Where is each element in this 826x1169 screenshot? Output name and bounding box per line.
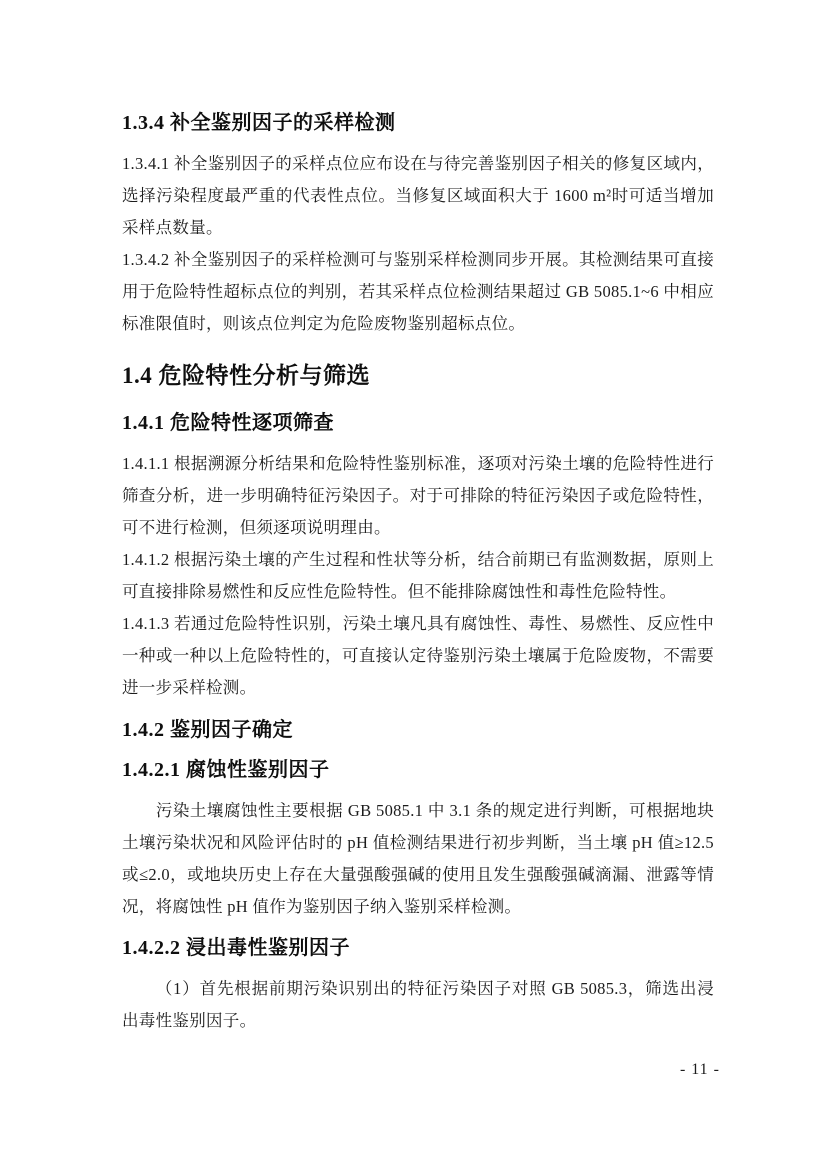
- section-heading-1-4-2-1: 1.4.2.1 腐蚀性鉴别因子: [122, 755, 714, 785]
- section-heading-1-4: 1.4 危险特性分析与筛选: [122, 360, 714, 392]
- section-heading-1-4-1: 1.4.1 危险特性逐项筛查: [122, 408, 714, 438]
- paragraph-1-3-4-2: 1.3.4.2 补全鉴别因子的采样检测可与鉴别采样检测同步开展。其检测结果可直接…: [122, 244, 714, 340]
- paragraph-1-4-1-2: 1.4.1.2 根据污染土壤的产生过程和性状等分析，结合前期已有监测数据，原则上…: [122, 544, 714, 608]
- document-content: 1.3.4 补全鉴别因子的采样检测 1.3.4.1 补全鉴别因子的采样点位应布设…: [122, 0, 714, 1037]
- section-heading-1-4-2-2: 1.4.2.2 浸出毒性鉴别因子: [122, 933, 714, 963]
- paragraph-corrosivity: 污染土壤腐蚀性主要根据 GB 5085.1 中 3.1 条的规定进行判断，可根据…: [122, 795, 714, 923]
- section-heading-1-4-2: 1.4.2 鉴别因子确定: [122, 715, 714, 745]
- section-heading-1-3-4: 1.3.4 补全鉴别因子的采样检测: [122, 108, 714, 138]
- paragraph-leaching-toxicity: （1）首先根据前期污染识别出的特征污染因子对照 GB 5085.3，筛选出浸出毒…: [122, 973, 714, 1037]
- page-number: - 11 -: [680, 1060, 720, 1080]
- paragraph-1-4-1-1: 1.4.1.1 根据溯源分析结果和危险特性鉴别标准，逐项对污染土壤的危险特性进行…: [122, 448, 714, 544]
- paragraph-1-3-4-1: 1.3.4.1 补全鉴别因子的采样点位应布设在与待完善鉴别因子相关的修复区域内，…: [122, 148, 714, 244]
- document-page: 1.3.4 补全鉴别因子的采样检测 1.3.4.1 补全鉴别因子的采样点位应布设…: [0, 0, 826, 1169]
- paragraph-1-4-1-3: 1.4.1.3 若通过危险特性识别，污染土壤凡具有腐蚀性、毒性、易燃性、反应性中…: [122, 608, 714, 704]
